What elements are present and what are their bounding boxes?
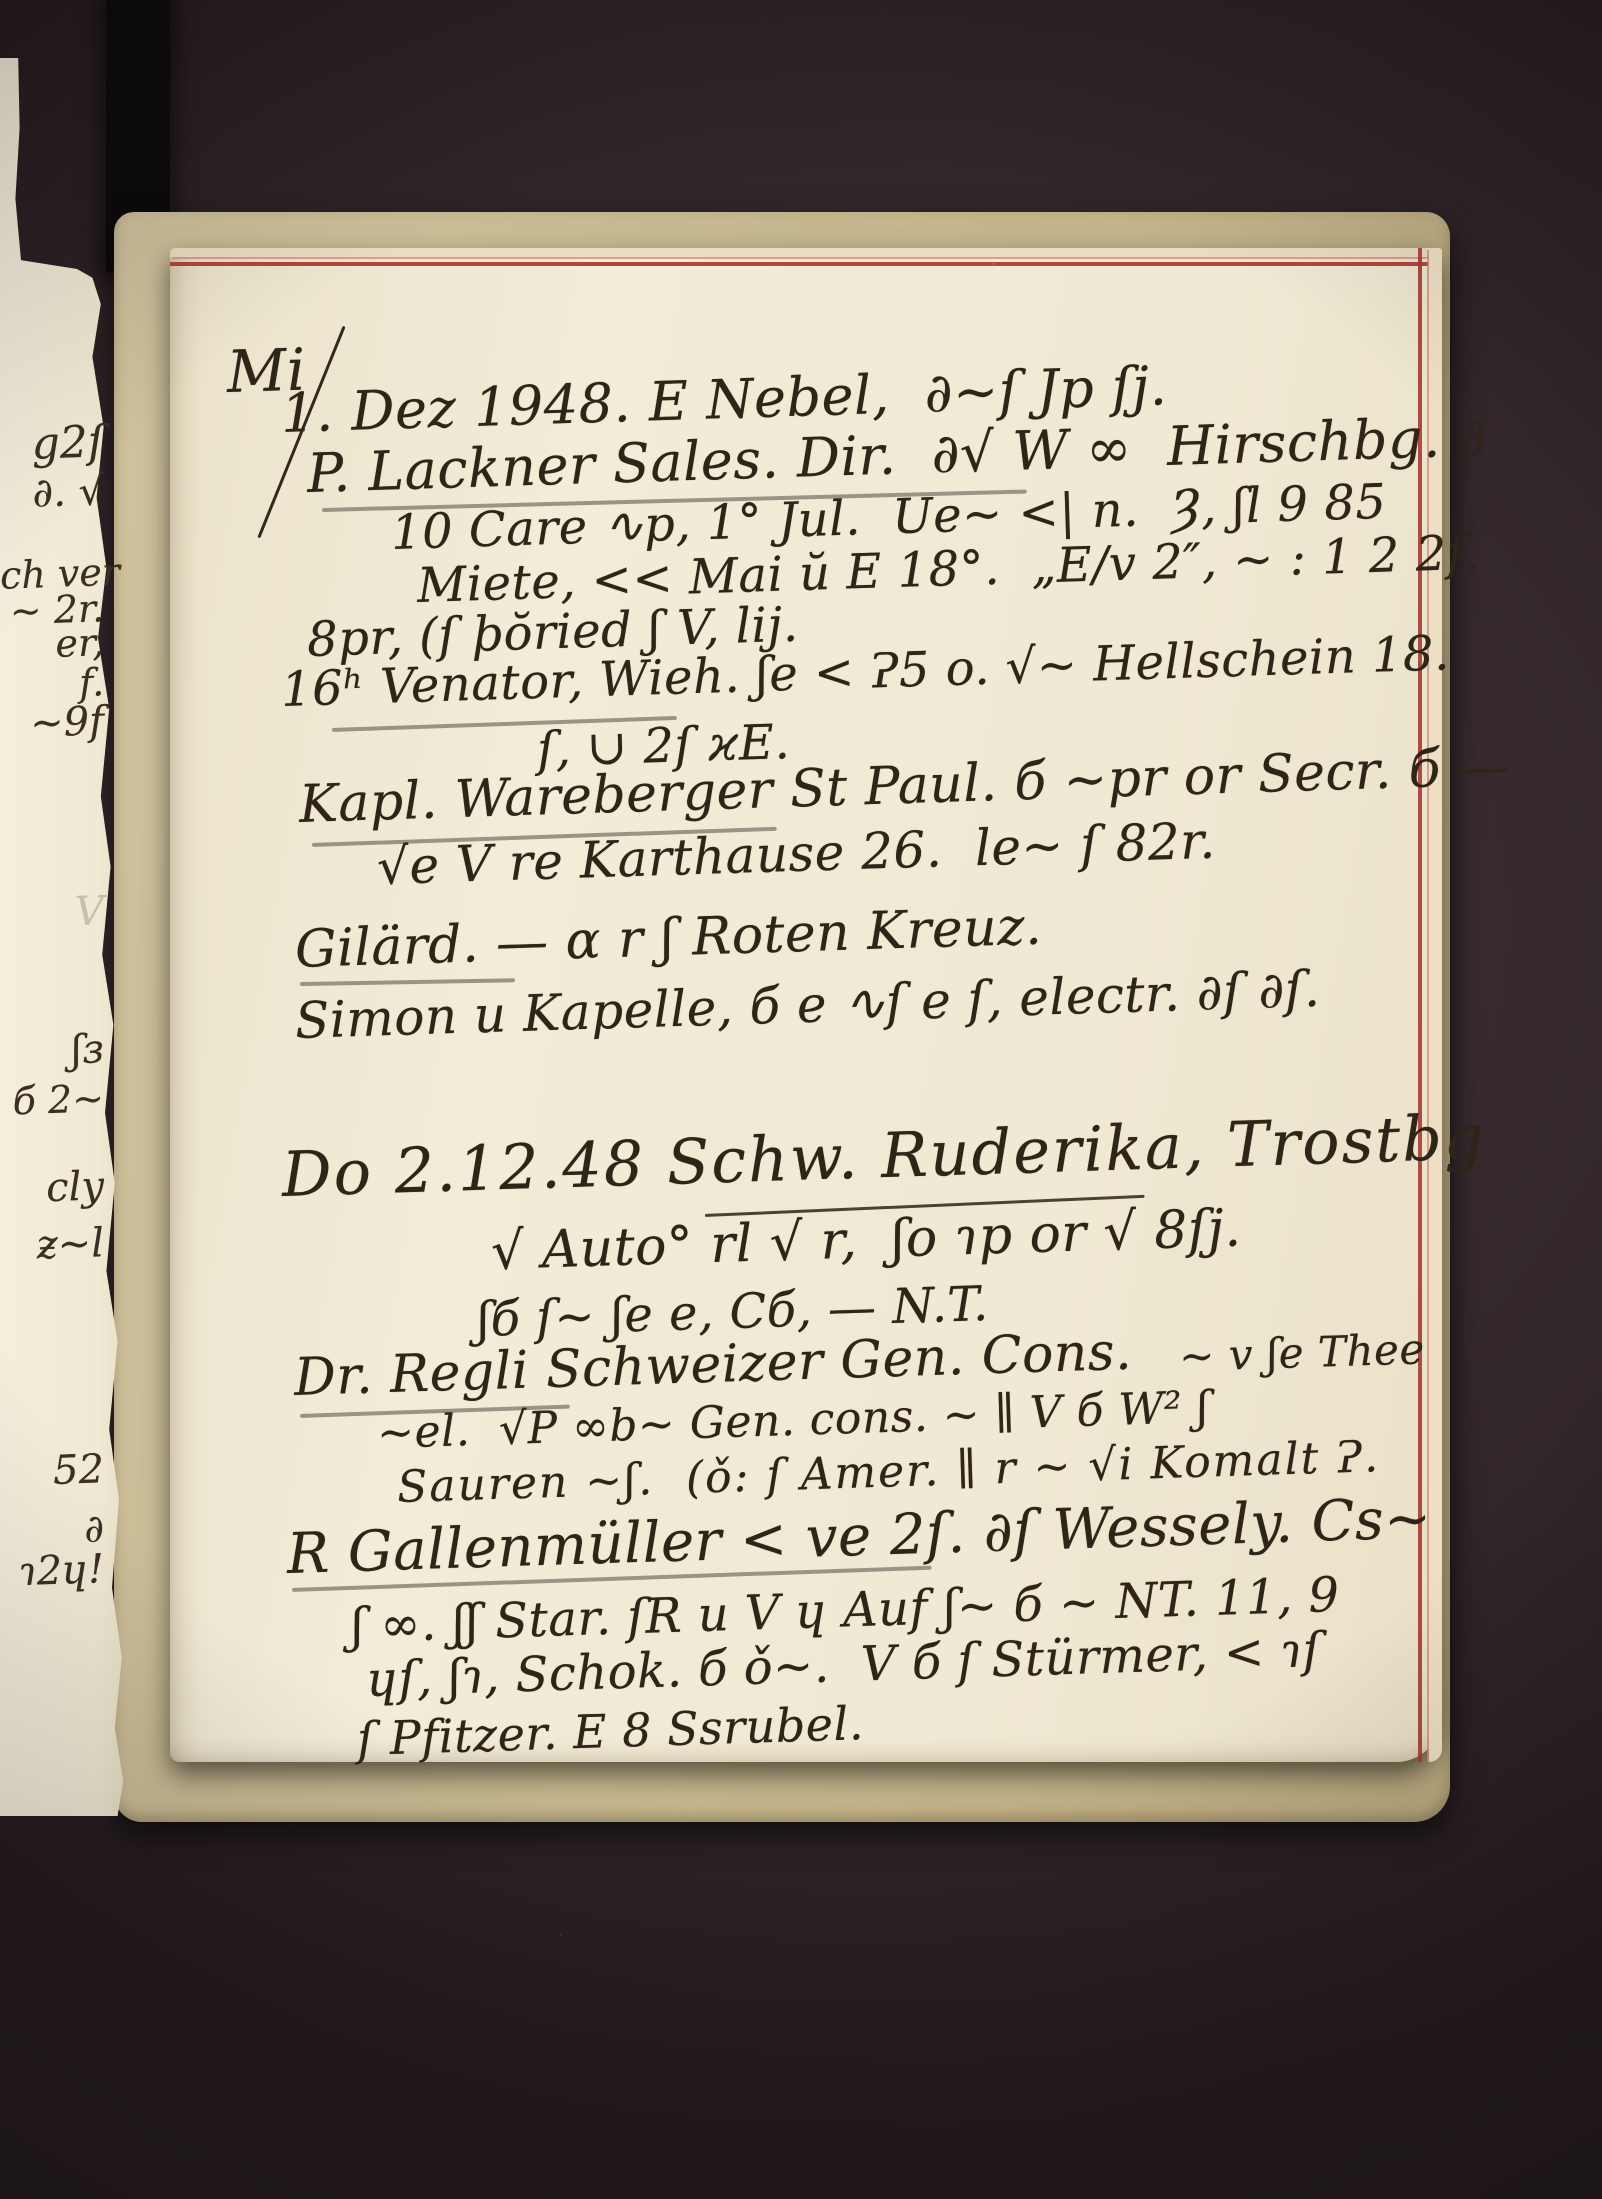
left-page-fragment: g2ſ [0,416,105,471]
left-page-fragment: б 2~ [0,1076,105,1124]
left-page-fragment: ƶ~l [0,1220,105,1270]
left-page-fragment: ʃз [0,1026,105,1076]
handwriting-line-right-tail: ~ v ʃe Thee [1178,1324,1425,1381]
left-page-fragment: cly [0,1163,105,1213]
margin-rule-top-light [172,257,1442,259]
left-page-fragment: ɿ2ɥ! [0,1546,105,1596]
margin-rule-top [170,262,1442,266]
left-page-fragment: ~9f [0,698,105,748]
left-page-fragment: ∂. √ [0,468,105,518]
left-page-fragment-faint: V [0,888,105,938]
left-page-fragment: 52 [0,1446,105,1496]
page-stack-top-edge [170,248,1442,257]
photo-of-open-notebook: g2ſ ∂. √ ch ver ~ 2r. er, f. ~9f V ʃз б … [0,0,1602,2199]
